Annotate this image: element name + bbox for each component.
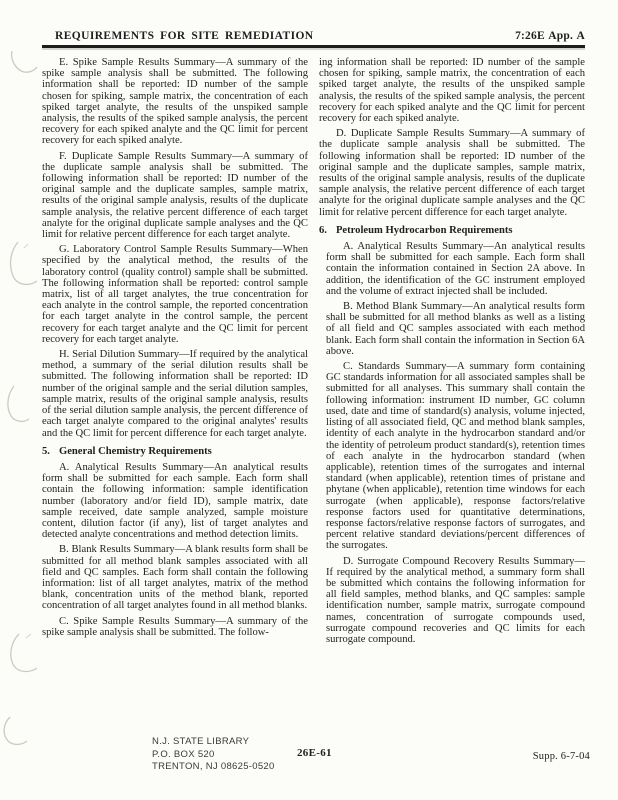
para-analytical-results-summary-5a: A. Analytical Results Summary—An analyti… [42, 462, 308, 540]
text-body: E. Spike Sample Results Summary—A summar… [0, 48, 618, 649]
para-serial-dilution-summary: H. Serial Dilution Summary—If required b… [42, 349, 308, 439]
para-spike-sample-continuation: ing information shall be reported: ID nu… [319, 57, 585, 124]
section-title: Petroleum Hydrocarbon Requirements [336, 225, 513, 236]
text-column-right: ing information shall be reported: ID nu… [319, 57, 585, 649]
para-duplicate-sample-summary: F. Duplicate Sample Results Summary—A su… [42, 151, 308, 241]
para-surrogate-recovery-summary-6d: D. Surrogate Compound Recovery Results S… [319, 556, 585, 646]
stamp-line-3: TRENTON, NJ 08625-0520 [152, 761, 275, 774]
section-title: General Chemistry Requirements [59, 446, 212, 457]
para-analytical-results-summary-6a: A. Analytical Results Summary—An analyti… [319, 241, 585, 297]
para-lab-control-sample-summary: G. Laboratory Control Sample Results Sum… [42, 244, 308, 345]
pencil-mark-icon [0, 714, 30, 750]
page-number: 26E-61 [297, 747, 332, 759]
header-title: REQUIREMENTS FOR SITE REMEDIATION [55, 30, 314, 42]
section-heading-petroleum-hydrocarbon: 6.Petroleum Hydrocarbon Requirements [319, 225, 585, 236]
para-spike-sample-summary-5c: C. Spike Sample Results Summary—A summar… [42, 616, 308, 638]
text-column-left: E. Spike Sample Results Summary—A summar… [42, 57, 308, 649]
section-number: 5. [42, 446, 50, 457]
section-heading-general-chemistry: 5.General Chemistry Requirements [42, 446, 308, 457]
para-method-blank-summary-6b: B. Method Blank Summary—An analytical re… [319, 301, 585, 357]
stamp-line-2: P.O. BOX 520 [152, 749, 275, 762]
library-stamp: N.J. STATE LIBRARY P.O. BOX 520 TRENTON,… [152, 736, 275, 774]
supplement-note: Supp. 6-7-04 [533, 751, 590, 762]
stamp-line-1: N.J. STATE LIBRARY [152, 736, 275, 749]
para-duplicate-sample-summary-5d: D. Duplicate Sample Results Summary—A su… [319, 128, 585, 218]
header-doc-ref: 7:26E App. A [515, 30, 585, 42]
page-header: REQUIREMENTS FOR SITE REMEDIATION 7:26E … [42, 30, 585, 45]
document-page: REQUIREMENTS FOR SITE REMEDIATION 7:26E … [0, 0, 618, 800]
para-standards-summary-6c: C. Standards Summary—A summary form cont… [319, 361, 585, 551]
para-spike-sample-summary: E. Spike Sample Results Summary—A summar… [42, 57, 308, 147]
para-blank-results-summary-5b: B. Blank Results Summary—A blank results… [42, 544, 308, 611]
section-number: 6. [319, 225, 327, 236]
